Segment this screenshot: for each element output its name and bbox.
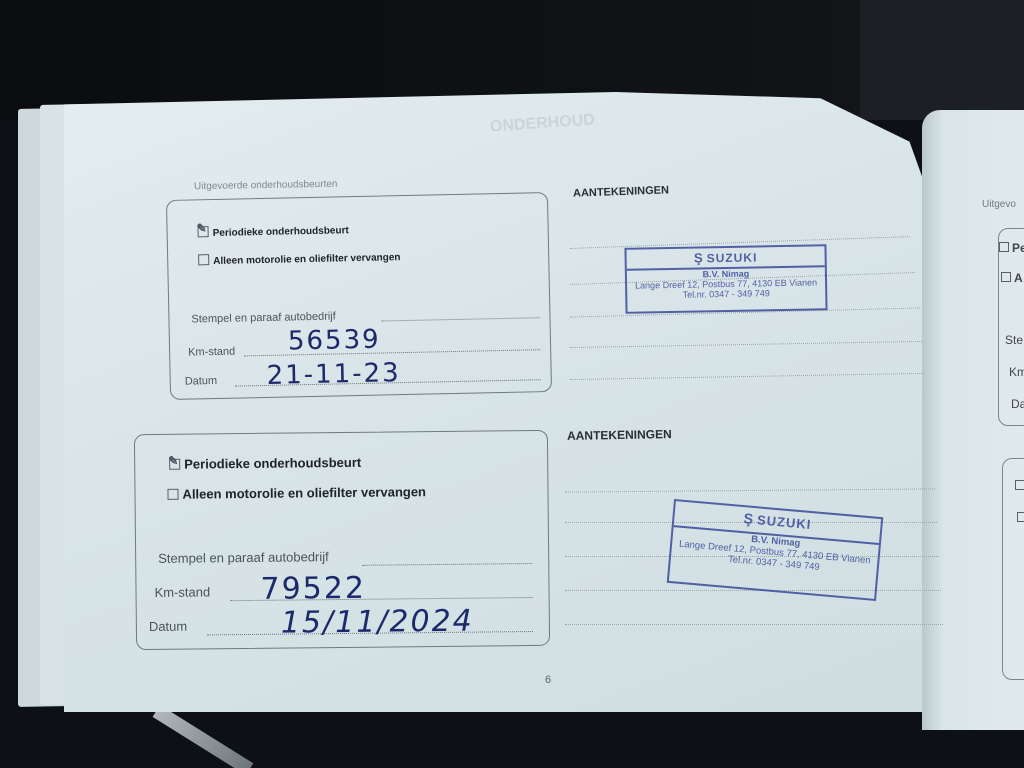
background-panel <box>860 0 1024 120</box>
check-periodic-service[interactable]: Periodieke onderhoudsbeurt <box>169 455 361 472</box>
check-oil-only[interactable]: Alleen motorolie en oliefilter vervangen <box>167 484 426 502</box>
km-value-handwritten: 79522 <box>260 571 366 607</box>
right-check-4[interactable] <box>1017 511 1024 525</box>
date-value-handwritten: 21-11-23 <box>266 358 401 391</box>
right-entry-2 <box>1002 458 1024 680</box>
stamp-brand: SUZUKI <box>756 512 811 532</box>
right-field: Km <box>1009 365 1024 379</box>
stamp-field-label: Stempel en paraaf autobedrijf <box>158 549 329 566</box>
stamp-field-line <box>382 317 540 321</box>
checkbox-empty-icon[interactable] <box>1017 512 1024 522</box>
right-entry-1: Pe A Ste Km Da <box>998 228 1024 426</box>
checkbox-empty-icon[interactable] <box>1015 480 1024 490</box>
date-field-label: Datum <box>149 619 187 634</box>
check-label: Pe <box>1012 241 1024 255</box>
checkbox-empty-icon[interactable] <box>1001 272 1011 282</box>
maintenance-entry-1: Periodieke onderhoudsbeurt Alleen motoro… <box>166 192 552 400</box>
suzuki-logo-icon: Ş <box>743 511 755 528</box>
check-label: Alleen motorolie en oliefilter vervangen <box>182 484 426 502</box>
right-section-label: Uitgevo <box>982 199 1016 210</box>
checkbox-checked-icon[interactable] <box>198 226 209 237</box>
notes-title: AANTEKENINGEN <box>567 427 672 443</box>
check-label: Periodieke onderhoudsbeurt <box>184 455 361 472</box>
checkbox-empty-icon[interactable] <box>167 489 178 500</box>
stamp-brand: SUZUKI <box>707 250 758 265</box>
km-value-handwritten: 56539 <box>288 325 381 357</box>
dealer-stamp-1: ŞSUZUKI B.V. Nimag Lange Dreef 12, Postb… <box>624 244 827 314</box>
check-label: A <box>1014 271 1023 285</box>
suzuki-logo-icon: Ş <box>694 250 704 265</box>
checkbox-checked-icon[interactable] <box>169 459 180 470</box>
km-field-label: Km-stand <box>154 584 210 600</box>
note-line <box>565 624 943 625</box>
check-label: Alleen motorolie en oliefilter vervangen <box>213 252 400 267</box>
right-field: Da <box>1011 397 1024 411</box>
right-check-2[interactable]: A <box>1001 271 1023 285</box>
checkbox-empty-icon[interactable] <box>999 242 1009 252</box>
right-check-3[interactable] <box>1015 479 1024 493</box>
page-number: 6 <box>545 674 551 686</box>
date-field-label: Datum <box>185 375 218 388</box>
check-periodic-service[interactable]: Periodieke onderhoudsbeurt <box>198 223 349 239</box>
checkbox-empty-icon[interactable] <box>198 254 209 265</box>
maintenance-entry-2: Periodieke onderhoudsbeurt Alleen motoro… <box>134 430 550 650</box>
stamp-field-label: Stempel en paraaf autobedrijf <box>191 310 336 325</box>
km-field-label: Km-stand <box>188 346 235 359</box>
right-check-1[interactable]: Pe <box>999 241 1024 255</box>
stamp-field-line <box>362 563 532 566</box>
check-oil-only[interactable]: Alleen motorolie en oliefilter vervangen <box>198 250 401 267</box>
light-glare <box>153 705 254 768</box>
right-field: Ste <box>1005 333 1023 347</box>
date-value-handwritten: 15/11/2024 <box>281 604 474 641</box>
check-label: Periodieke onderhoudsbeurt <box>213 225 349 239</box>
